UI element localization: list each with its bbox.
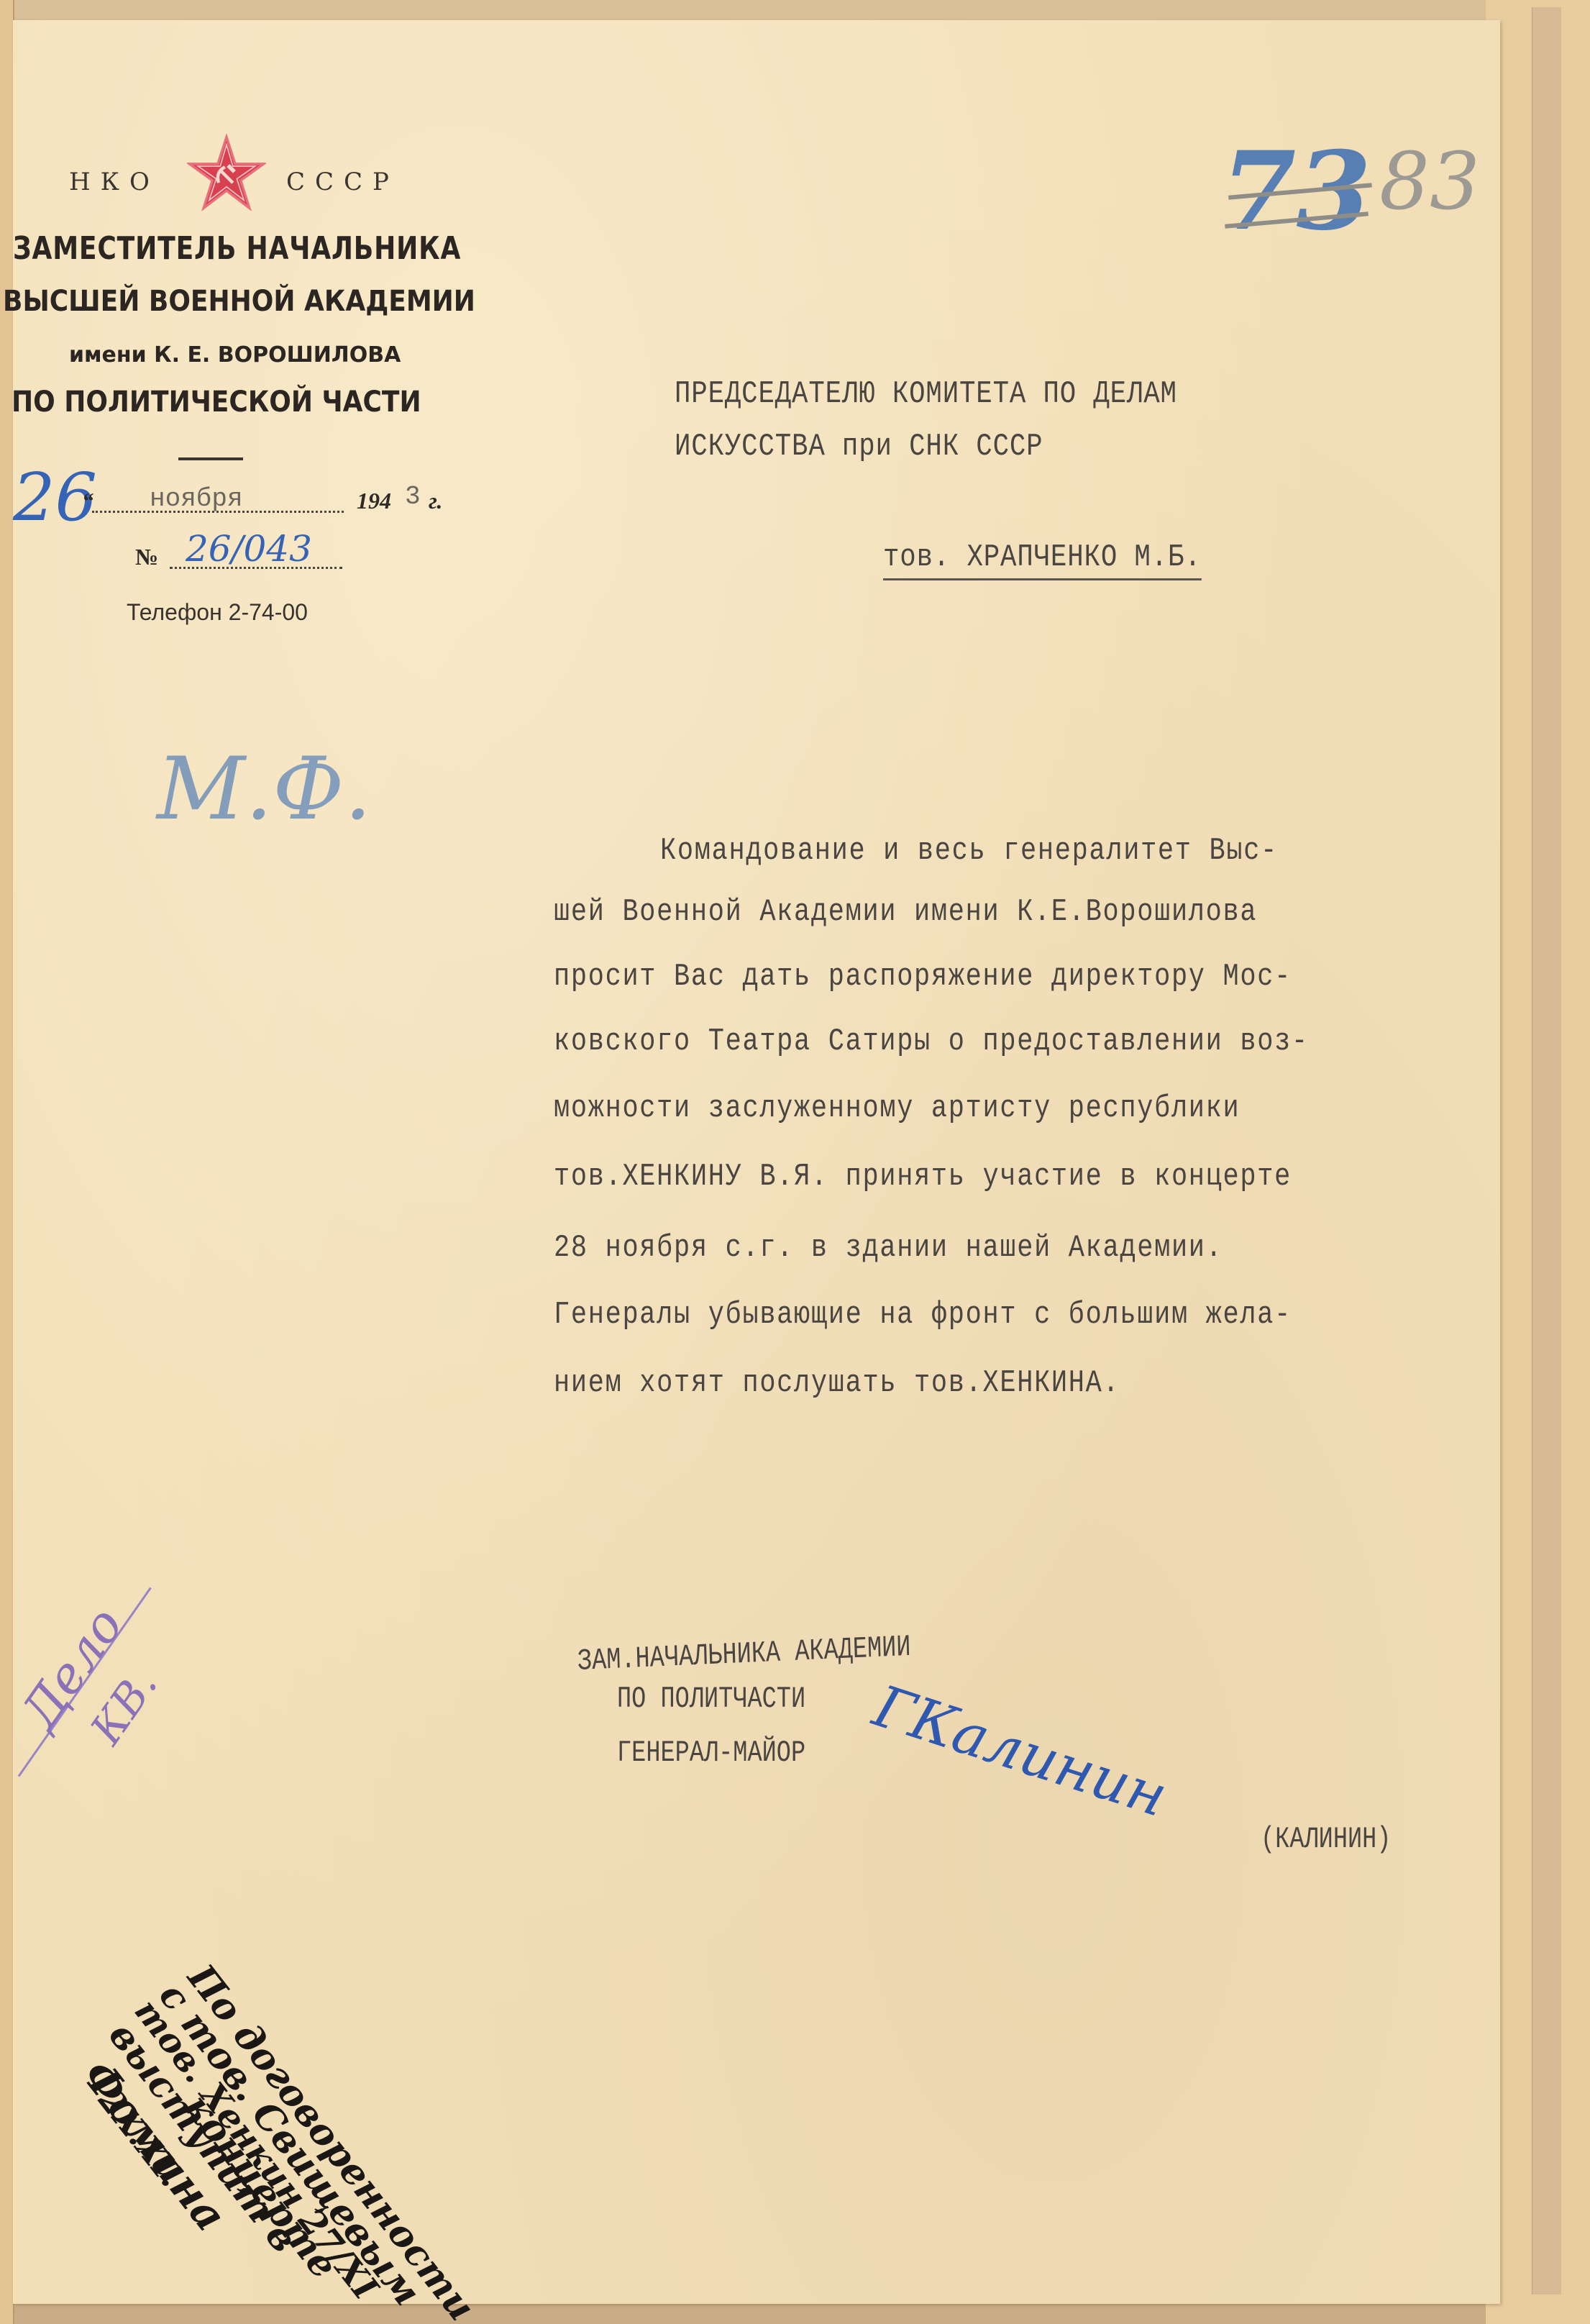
letterhead-title-4: ПО ПОЛИТИЧЕСКОЙ ЧАСТИ <box>12 386 421 419</box>
phone: Телефон 2-74-00 <box>127 599 308 626</box>
addressee-name: тов. ХРАПЧЕНКО М.Б. <box>883 539 1202 580</box>
number-handwritten: 26/043 <box>186 528 312 570</box>
resolution-initials: М.Ф. <box>157 739 372 839</box>
body-line: просит Вас дать распоряжение директору М… <box>554 959 1292 995</box>
folio-number-current: 83 <box>1379 135 1480 227</box>
signer-title-1: ЗАМ.НАЧАЛЬНИКА АКАДЕМИИ <box>577 1630 911 1679</box>
body-line: нием хотят послушать тов.ХЕНКИНА. <box>554 1365 1120 1401</box>
date-year-suffix: 3 <box>405 482 421 511</box>
date-field: 26 “ ноября 194 3 г. <box>13 459 459 538</box>
binding-edge <box>0 0 14 2324</box>
signer-title-2: ПО ПОЛИТЧАСТИ <box>617 1682 805 1716</box>
date-year-g: г. <box>429 488 442 514</box>
letterhead-title-3: имени К. Е. ВОРОШИЛОВА <box>69 342 401 368</box>
org-ussr: СССР <box>286 168 399 196</box>
letterhead-title-2: ВЫСШЕЙ ВОЕННОЙ АКАДЕМИИ <box>3 285 475 318</box>
signature: ГКалинин <box>866 1672 1175 1830</box>
signer-rank: ГЕНЕРАЛ-МАЙОР <box>617 1736 805 1770</box>
date-year-prefix: 194 <box>357 488 391 514</box>
date-month: ноября <box>150 484 243 514</box>
body-line: можности заслуженному артисту республики <box>554 1090 1240 1126</box>
document-sheet: НКО СССР ЗАМЕСТИТЕЛЬ НАЧАЛЬНИКА ВЫСШЕЙ В… <box>13 20 1500 2304</box>
underlying-sheet-strip <box>1532 7 1561 2295</box>
body-line: Генералы убывающие на фронт с большим же… <box>554 1297 1292 1333</box>
signer-name: (КАЛИНИН) <box>1261 1822 1391 1856</box>
body-line: 28 ноября с.г. в здании нашей Академии. <box>554 1230 1223 1266</box>
number-field: № 26/043 <box>135 531 373 603</box>
number-label: № <box>135 544 158 570</box>
letterhead-title-1: ЗАМЕСТИТЕЛЬ НАЧАЛЬНИКА <box>13 230 461 267</box>
body-line: тов.ХЕНКИНУ В.Я. принять участие в конце… <box>554 1159 1292 1195</box>
org-nko: НКО <box>69 168 160 196</box>
addressee-line-2: ИСКУССТВА при СНК СССР <box>675 429 1043 465</box>
addressee-line-1: ПРЕДСЕДАТЕЛЮ КОМИТЕТА ПО ДЕЛАМ <box>675 376 1177 412</box>
handwritten-resolution: По договоренности с тов. Свищевым тов. Х… <box>157 1804 531 2207</box>
red-star-hammer-sickle-icon <box>187 134 266 213</box>
body-line: Командование и весь генералитет Выс- <box>660 833 1278 869</box>
body-line: ковского Театра Сатиры о предоставлении … <box>554 1024 1309 1060</box>
body-line: шей Военной Академии имени К.Е.Ворошилов… <box>554 894 1257 930</box>
